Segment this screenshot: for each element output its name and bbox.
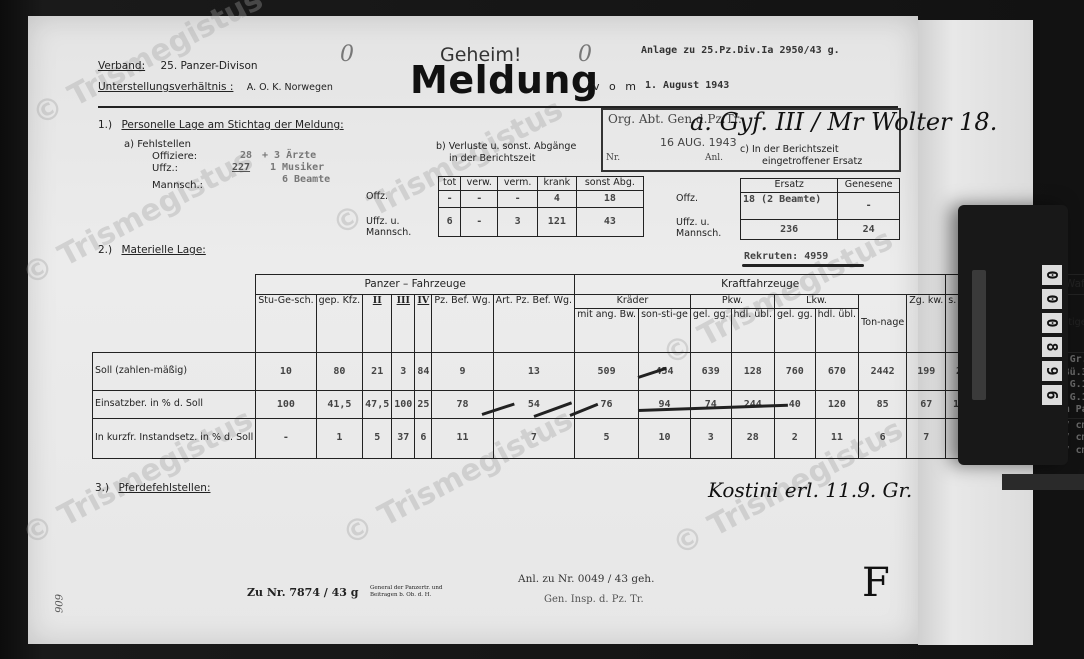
col-ersatz: Ersatz [741, 179, 838, 193]
cell: 85 [859, 391, 907, 418]
col-genesene: Genesene [838, 179, 900, 193]
cell: 67 [907, 391, 946, 418]
cell: 76 [575, 391, 639, 418]
counter-digit: 6 [1042, 385, 1062, 405]
col-kraeder-sonstige: son-sti-ge [639, 309, 691, 353]
cell: - [498, 190, 538, 207]
section2-number: 2.) [98, 244, 112, 256]
report-date: 1. August 1943 [645, 80, 729, 91]
cell: 24 [838, 219, 900, 239]
group-panzer: Panzer – Fahrzeuge [256, 275, 575, 295]
group-lkw: Lkw. [774, 295, 858, 309]
cell: 6 [859, 418, 907, 458]
cell: - [256, 418, 316, 458]
cell: 25 [415, 391, 432, 418]
counter-digit: 9 [1042, 361, 1062, 381]
cell: 2 [774, 418, 815, 458]
film-frame-counter: 0 0 0 8 9 6 [958, 205, 1068, 465]
anl-gen-insp: Gen. Insp. d. Pz. Tr. [544, 594, 644, 605]
cell: 5 [363, 418, 392, 458]
section1-number: 1.) [98, 119, 112, 131]
cell: 760 [774, 353, 815, 391]
cell: 7 [907, 418, 946, 458]
section3-heading: 3.) Pferdefehlstellen: [95, 482, 210, 494]
section3-title: Pferdefehlstellen: [118, 482, 210, 494]
ersatz-table: Ersatz Genesene 18 (2 Beamte) - 236 24 [740, 178, 900, 240]
cell: 3 [690, 418, 731, 458]
verluste-label: b) Verluste u. sonst. Abgänge [436, 141, 576, 152]
row-label-einsatz: Einsatzber. in % d. Soll [93, 391, 256, 418]
cell: 128 [731, 353, 774, 391]
hand-mark: 0 [340, 42, 354, 67]
cell: 670 [815, 353, 858, 391]
col-pz-bef: Pz. Bef. Wg. [432, 295, 493, 353]
handwritten-signature: Kostini erl. 11.9. Gr. [708, 478, 912, 502]
cell: 13 [493, 353, 574, 391]
col-tonnage: Ton-nage [859, 295, 907, 353]
cell: 47,5 [363, 391, 392, 418]
col-sonst: sonst Abg. [576, 177, 643, 191]
cell: 509 [575, 353, 639, 391]
table-row: 236 24 [741, 219, 900, 239]
section2-title: Materielle Lage: [121, 244, 205, 256]
cell: 199 [907, 353, 946, 391]
anl-reference: Anl. zu Nr. 0049 / 43 geh. [518, 573, 654, 585]
vom-label: v o m [593, 80, 639, 93]
cell: 6 [439, 207, 461, 236]
offiziere-extra: + 3 Ärzte [262, 150, 316, 161]
margin-number: 606 [52, 594, 63, 613]
col-tot: tot [439, 177, 461, 191]
stamp-anl-label: Anl. [705, 153, 723, 163]
cell: 41,5 [316, 391, 363, 418]
cell: 3 [498, 207, 538, 236]
cell: 11 [815, 418, 858, 458]
table-row: - - - 4 18 [439, 190, 644, 207]
col-art-pz-bef: Art. Pz. Bef. Wg. [493, 295, 574, 353]
verluste-label-2: in der Berichtszeit [449, 153, 536, 164]
col-verm: verm. [498, 177, 538, 191]
rekruten-count: Rekruten: 4959 [744, 251, 828, 262]
cell: 6 [415, 418, 432, 458]
stamp-nr-label: Nr. [606, 153, 620, 163]
col-lkw-hdl: hdl. übl. [815, 309, 858, 353]
verband-line: Verband: 25. Panzer-Divison [98, 60, 258, 72]
cell: 3 [392, 353, 415, 391]
stamp-date: 16 AUG. 1943 [660, 136, 737, 149]
cell: 21 [363, 353, 392, 391]
col-pkw-gel: gel. gg. [690, 309, 731, 353]
counter-digit: 0 [1042, 265, 1062, 285]
col-stugesch: Stu-Ge-sch. [256, 295, 316, 353]
col-krank: krank [537, 177, 576, 191]
cell: 74 [690, 391, 731, 418]
ersatz-label: c) In der Berichtszeit [740, 144, 839, 155]
group-pkw: Pkw. [690, 295, 774, 309]
unterstellung-label: Unterstellungsverhältnis : [98, 81, 233, 93]
rekruten-underline [742, 264, 864, 267]
col-pz3: III [392, 295, 415, 353]
cell: 639 [690, 353, 731, 391]
cell: 10 [639, 418, 691, 458]
cell: 10 [256, 353, 316, 391]
section2-heading: 2.) Materielle Lage: [98, 244, 206, 256]
offiziere-label: Offiziere: [152, 151, 197, 162]
document-title: Meldung [410, 58, 599, 102]
cell: 2442 [859, 353, 907, 391]
cell: 120 [815, 391, 858, 418]
ersatz-row-label-uffz: Uffz. u. Mannsch. [676, 217, 736, 240]
cell: 80 [316, 353, 363, 391]
section1-title: Personelle Lage am Stichtag der Meldung: [121, 119, 343, 131]
counter-slot [972, 270, 986, 400]
unterstellung-value: A. O. K. Norwegen [247, 82, 333, 93]
zu-nr-stamp: Zu Nr. 7874 / 43 g [247, 586, 358, 599]
materielle-lage-table: Panzer – Fahrzeuge Kraftfahrzeuge Waffen… [92, 274, 1084, 459]
cell: 37 [392, 418, 415, 458]
cell: - [461, 190, 498, 207]
table-row: 6 - 3 121 43 [439, 207, 644, 236]
mannsch-label: Mannsch.: [152, 180, 203, 191]
cell: 11 [432, 418, 493, 458]
cell: 236 [741, 219, 838, 239]
group-kraeder: Kräder [575, 295, 691, 309]
counter-base [1002, 474, 1084, 490]
cell: 4 [537, 190, 576, 207]
ersatz-row-label-offz: Offz. [676, 193, 698, 204]
uffz-extra: 1 Musiker [270, 162, 324, 173]
col-kraeder-mit: mit ang. Bw. [575, 309, 639, 353]
corner-mark: F [862, 560, 890, 606]
cell: 100 [392, 391, 415, 418]
unterstellung-line: Unterstellungsverhältnis : A. O. K. Norw… [98, 81, 333, 93]
uffz-label: Uffz.: [152, 163, 178, 174]
section1-heading: 1.) Personelle Lage am Stichtag der Meld… [98, 119, 344, 131]
col-zgkw: Zg. kw. [907, 295, 946, 353]
cell: 1 [316, 418, 363, 458]
ersatz-label-2: eingetroffener Ersatz [762, 156, 862, 167]
table-row-instandsetzung: In kurzfr. Instandsetz. in % d. Soll - 1… [93, 418, 1084, 458]
row-label-instand: In kurzfr. Instandsetz. in % d. Soll [93, 418, 256, 458]
col-verw: verw. [461, 177, 498, 191]
cell: 454 [639, 353, 691, 391]
handwritten-annotation: a. Gyf. III / Mr Wolter 18. [690, 108, 997, 136]
table-row-einsatzbereit: Einsatzber. in % d. Soll 100 41,5 47,5 1… [93, 391, 1084, 418]
cell: 100 [256, 391, 316, 418]
cell: 28 [731, 418, 774, 458]
cell: - [461, 207, 498, 236]
cell: 5 [575, 418, 639, 458]
cell: 43 [576, 207, 643, 236]
fehlstellen-label: a) Fehlstellen [124, 139, 191, 150]
anlage-reference: Anlage zu 25.Pz.Div.Ia 2950/43 g. [641, 45, 840, 56]
verluste-table: tot verw. verm. krank sonst Abg. - - - 4… [438, 176, 644, 237]
cell: - [439, 190, 461, 207]
col-pz2: II [363, 295, 392, 353]
cell: - [838, 192, 900, 219]
col-pz4: IV [415, 295, 432, 353]
zu-nr-note: General der Panzertr. und Beitragen b. O… [370, 585, 460, 598]
verband-label: Verband: [98, 60, 145, 72]
table-row: 18 (2 Beamte) - [741, 192, 900, 219]
cell: 121 [537, 207, 576, 236]
cell: 7 [493, 418, 574, 458]
counter-digits: 0 0 0 8 9 6 [1042, 265, 1062, 405]
row-label-soll: Soll (zahlen-mäßig) [93, 353, 256, 391]
verluste-row-label-uffz: Uffz. u. Mannsch. [366, 216, 426, 239]
verband-value: 25. Panzer-Divison [160, 60, 257, 72]
uffz-value: 227 [232, 162, 250, 173]
counter-digit: 8 [1042, 337, 1062, 357]
offiziere-value: 28 [240, 150, 252, 161]
col-lkw-gel: gel. gg. [774, 309, 815, 353]
cell: 9 [432, 353, 493, 391]
counter-digit: 0 [1042, 313, 1062, 333]
cell: 84 [415, 353, 432, 391]
counter-digit: 0 [1042, 289, 1062, 309]
verluste-row-label-offz: Offz. [366, 191, 388, 202]
group-kraftfahrzeuge: Kraftfahrzeuge [575, 275, 946, 295]
col-gep-kfz: gep. Kfz. [316, 295, 363, 353]
mannsch-extra: 6 Beamte [282, 174, 330, 185]
table-row-soll: Soll (zahlen-mäßig) 10 80 21 3 84 9 13 5… [93, 353, 1084, 391]
cell: 18 [576, 190, 643, 207]
corner-blank [93, 275, 256, 353]
cell: 18 (2 Beamte) [741, 192, 838, 219]
section3-number: 3.) [95, 482, 109, 494]
col-pkw-hdl: hdl. übl. [731, 309, 774, 353]
cell: 94 [639, 391, 691, 418]
